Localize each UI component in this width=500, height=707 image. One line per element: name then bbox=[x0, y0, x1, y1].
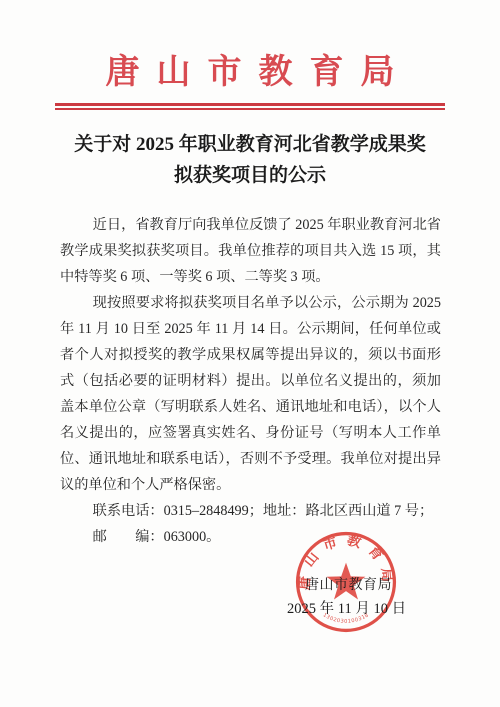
document-page: 唐山市教育局 关于对 2025 年职业教育河北省教学成果奖 拟获奖项目的公示 近… bbox=[0, 0, 500, 707]
issue-date: 2025 年 11 月 10 日 bbox=[287, 597, 406, 618]
document-title-line2: 拟获奖项目的公示 bbox=[0, 160, 500, 191]
letterhead-divider bbox=[55, 103, 445, 110]
divider-line-bottom bbox=[55, 108, 445, 110]
paragraph-publicity-period: 现按照要求将拟获奖项目名单予以公示，公示期为 2025 年 11 月 10 日至… bbox=[60, 290, 441, 498]
agency-letterhead: 唐山市教育局 bbox=[0, 44, 500, 93]
issuer-name: 唐山市教育局 bbox=[305, 574, 392, 594]
document-title-line1: 关于对 2025 年职业教育河北省教学成果奖 bbox=[0, 129, 500, 160]
document-body: 近日，省教育厅向我单位反馈了 2025 年职业教育河北省教学成果奖拟获奖项目。我… bbox=[60, 212, 441, 550]
document-title: 关于对 2025 年职业教育河北省教学成果奖 拟获奖项目的公示 bbox=[0, 129, 500, 191]
paragraph-intro: 近日，省教育厅向我单位反馈了 2025 年职业教育河北省教学成果奖拟获奖项目。我… bbox=[60, 212, 441, 290]
divider-line-top bbox=[55, 103, 445, 106]
contact-phone-address-line: 联系电话：0315–2848499；地址：路北区西山道 7 号； bbox=[60, 498, 441, 524]
